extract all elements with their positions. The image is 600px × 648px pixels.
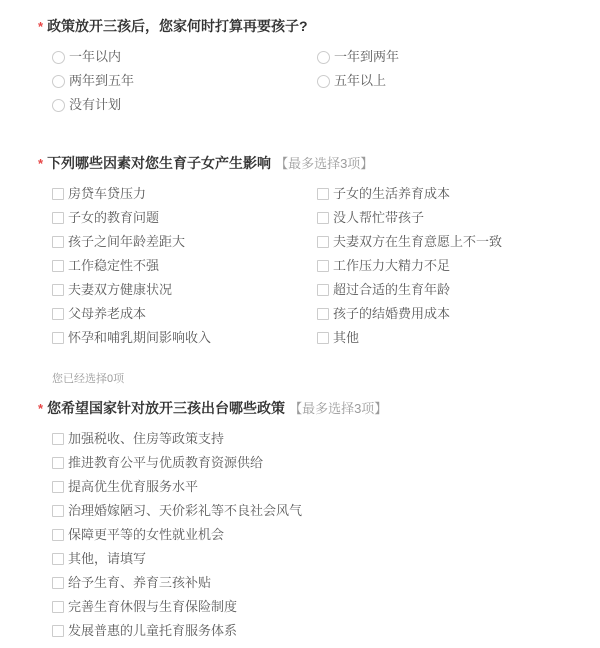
checkbox-option-income-loss[interactable]: 怀孕和哺乳期间影响收入 [52, 326, 317, 350]
checkbox-option-other-fill-in[interactable]: 其他，请填写 [52, 547, 580, 571]
checkbox-option-other[interactable]: 其他 [317, 326, 580, 350]
checkbox-option-education-equity[interactable]: 推进教育公平与优质教育资源供给 [52, 451, 580, 475]
checkbox-option-tax-housing-support[interactable]: 加强税收、住房等政策支持 [52, 427, 580, 451]
radio-icon[interactable] [52, 51, 65, 64]
checkbox-icon[interactable] [52, 284, 64, 296]
checkbox-option-living-cost[interactable]: 子女的生活养育成本 [317, 182, 580, 206]
radio-option-label: 两年到五年 [69, 69, 134, 93]
checkbox-option-label: 工作压力大精力不足 [333, 254, 450, 278]
checkbox-option-spouse-disagreement[interactable]: 夫妻双方在生育意愿上不一致 [317, 230, 580, 254]
checkbox-option-label: 治理婚嫁陋习、天价彩礼等不良社会风气 [68, 499, 302, 523]
checkbox-icon[interactable] [52, 433, 64, 445]
checkbox-option-label: 夫妻双方在生育意愿上不一致 [333, 230, 502, 254]
question-3-title-text: 您希望国家针对放开三孩出台哪些政策 [47, 400, 285, 416]
checkbox-option-work-pressure[interactable]: 工作压力大精力不足 [317, 254, 580, 278]
checkbox-icon[interactable] [52, 188, 64, 200]
checkbox-option-label: 保障更平等的女性就业机会 [68, 523, 224, 547]
checkbox-icon[interactable] [52, 625, 64, 637]
checkbox-icon[interactable] [317, 308, 329, 320]
checkbox-icon[interactable] [52, 212, 64, 224]
question-2-title: *下列哪些因素对您生育子女产生影响【最多选择3项】 [38, 153, 580, 174]
checkbox-option-label: 子女的教育问题 [68, 206, 159, 230]
question-2-title-text: 下列哪些因素对您生育子女产生影响 [47, 155, 271, 171]
checkbox-option-label: 怀孕和哺乳期间影响收入 [68, 326, 211, 350]
checkbox-option-label: 发展普惠的儿童托育服务体系 [68, 619, 237, 643]
checkbox-icon[interactable] [52, 601, 64, 613]
question-2-options: 房贷车贷压力 子女的生活养育成本 子女的教育问题 没人帮忙带孩子 孩子之间年龄差… [52, 182, 580, 350]
checkbox-option-label: 加强税收、住房等政策支持 [68, 427, 224, 451]
checkbox-icon[interactable] [317, 260, 329, 272]
question-3-options: 加强税收、住房等政策支持 推进教育公平与优质教育资源供给 提高优生优育服务水平 … [52, 427, 580, 643]
checkbox-option-job-instability[interactable]: 工作稳定性不强 [52, 254, 317, 278]
checkbox-option-label: 父母养老成本 [68, 302, 146, 326]
radio-option-label: 五年以上 [334, 69, 386, 93]
checkbox-icon[interactable] [52, 553, 64, 565]
checkbox-icon[interactable] [52, 260, 64, 272]
checkbox-icon[interactable] [52, 332, 64, 344]
radio-icon[interactable] [52, 99, 65, 112]
checkbox-option-prenatal-service[interactable]: 提高优生优育服务水平 [52, 475, 580, 499]
radio-option-within-one-year[interactable]: 一年以内 [52, 45, 317, 69]
checkbox-option-maternity-leave-insurance[interactable]: 完善生育休假与生育保险制度 [52, 595, 580, 619]
radio-icon[interactable] [317, 51, 330, 64]
required-asterisk: * [38, 156, 43, 171]
checkbox-icon[interactable] [52, 577, 64, 589]
checkbox-icon[interactable] [317, 332, 329, 344]
checkbox-icon[interactable] [317, 188, 329, 200]
radio-option-one-to-two-years[interactable]: 一年到两年 [317, 45, 580, 69]
checkbox-option-marriage-cost[interactable]: 孩子的结婚费用成本 [317, 302, 580, 326]
question-1-options: 一年以内 一年到两年 两年到五年 五年以上 没有计划 [52, 45, 580, 117]
checkbox-option-label: 完善生育休假与生育保险制度 [68, 595, 237, 619]
checkbox-option-childcare-system[interactable]: 发展普惠的儿童托育服务体系 [52, 619, 580, 643]
checkbox-option-label: 孩子的结婚费用成本 [333, 302, 450, 326]
checkbox-option-label: 推进教育公平与优质教育资源供给 [68, 451, 263, 475]
required-asterisk: * [38, 19, 43, 34]
question-1-title: *政策放开三孩后，您家何时打算再要孩子? [38, 16, 580, 37]
checkbox-option-label: 提高优生优育服务水平 [68, 475, 198, 499]
selection-count-status: 您已经选择0项 [52, 370, 580, 386]
checkbox-option-label: 超过合适的生育年龄 [333, 278, 450, 302]
checkbox-icon[interactable] [52, 236, 64, 248]
checkbox-icon[interactable] [52, 481, 64, 493]
checkbox-option-label: 孩子之间年龄差距大 [68, 230, 185, 254]
radio-option-label: 没有计划 [69, 93, 121, 117]
checkbox-icon[interactable] [317, 212, 329, 224]
checkbox-icon[interactable] [52, 457, 64, 469]
checkbox-icon[interactable] [317, 236, 329, 248]
checkbox-option-age-gap[interactable]: 孩子之间年龄差距大 [52, 230, 317, 254]
question-when-next-child: *政策放开三孩后，您家何时打算再要孩子? 一年以内 一年到两年 两年到五年 五年… [38, 16, 580, 117]
checkbox-icon[interactable] [52, 308, 64, 320]
checkbox-icon[interactable] [317, 284, 329, 296]
radio-option-over-five-years[interactable]: 五年以上 [317, 69, 580, 93]
checkbox-option-eldercare-cost[interactable]: 父母养老成本 [52, 302, 317, 326]
radio-icon[interactable] [52, 75, 65, 88]
radio-option-label: 一年以内 [69, 45, 121, 69]
survey-form: *政策放开三孩后，您家何时打算再要孩子? 一年以内 一年到两年 两年到五年 五年… [0, 0, 600, 643]
checkbox-option-label: 工作稳定性不强 [68, 254, 159, 278]
checkbox-icon[interactable] [52, 505, 64, 517]
checkbox-option-women-employment[interactable]: 保障更平等的女性就业机会 [52, 523, 580, 547]
checkbox-option-education-problem[interactable]: 子女的教育问题 [52, 206, 317, 230]
checkbox-option-label: 给予生育、养育三孩补贴 [68, 571, 211, 595]
checkbox-option-label: 夫妻双方健康状况 [68, 278, 172, 302]
checkbox-option-label: 其他，请填写 [68, 547, 146, 571]
checkbox-option-childbirth-subsidy[interactable]: 给予生育、养育三孩补贴 [52, 571, 580, 595]
question-1-title-text: 政策放开三孩后，您家何时打算再要孩子? [47, 18, 308, 34]
radio-option-label: 一年到两年 [334, 45, 399, 69]
question-influencing-factors: *下列哪些因素对您生育子女产生影响【最多选择3项】 房贷车贷压力 子女的生活养育… [38, 153, 580, 386]
checkbox-option-marriage-customs[interactable]: 治理婚嫁陋习、天价彩礼等不良社会风气 [52, 499, 580, 523]
radio-icon[interactable] [317, 75, 330, 88]
checkbox-option-label: 子女的生活养育成本 [333, 182, 450, 206]
checkbox-option-label: 其他 [333, 326, 359, 350]
question-desired-policies: *您希望国家针对放开三孩出台哪些政策【最多选择3项】 加强税收、住房等政策支持 … [38, 398, 580, 643]
max-select-hint: 【最多选择3项】 [289, 401, 387, 416]
radio-option-no-plan[interactable]: 没有计划 [52, 93, 317, 117]
checkbox-option-label: 房贷车贷压力 [68, 182, 146, 206]
required-asterisk: * [38, 401, 43, 416]
radio-option-two-to-five-years[interactable]: 两年到五年 [52, 69, 317, 93]
checkbox-icon[interactable] [52, 529, 64, 541]
checkbox-option-label: 没人帮忙带孩子 [333, 206, 424, 230]
checkbox-option-health-condition[interactable]: 夫妻双方健康状况 [52, 278, 317, 302]
checkbox-option-over-childbearing-age[interactable]: 超过合适的生育年龄 [317, 278, 580, 302]
max-select-hint: 【最多选择3项】 [275, 156, 373, 171]
checkbox-option-mortgage-pressure[interactable]: 房贷车贷压力 [52, 182, 317, 206]
checkbox-option-no-childcare-help[interactable]: 没人帮忙带孩子 [317, 206, 580, 230]
question-3-title: *您希望国家针对放开三孩出台哪些政策【最多选择3项】 [38, 398, 580, 419]
